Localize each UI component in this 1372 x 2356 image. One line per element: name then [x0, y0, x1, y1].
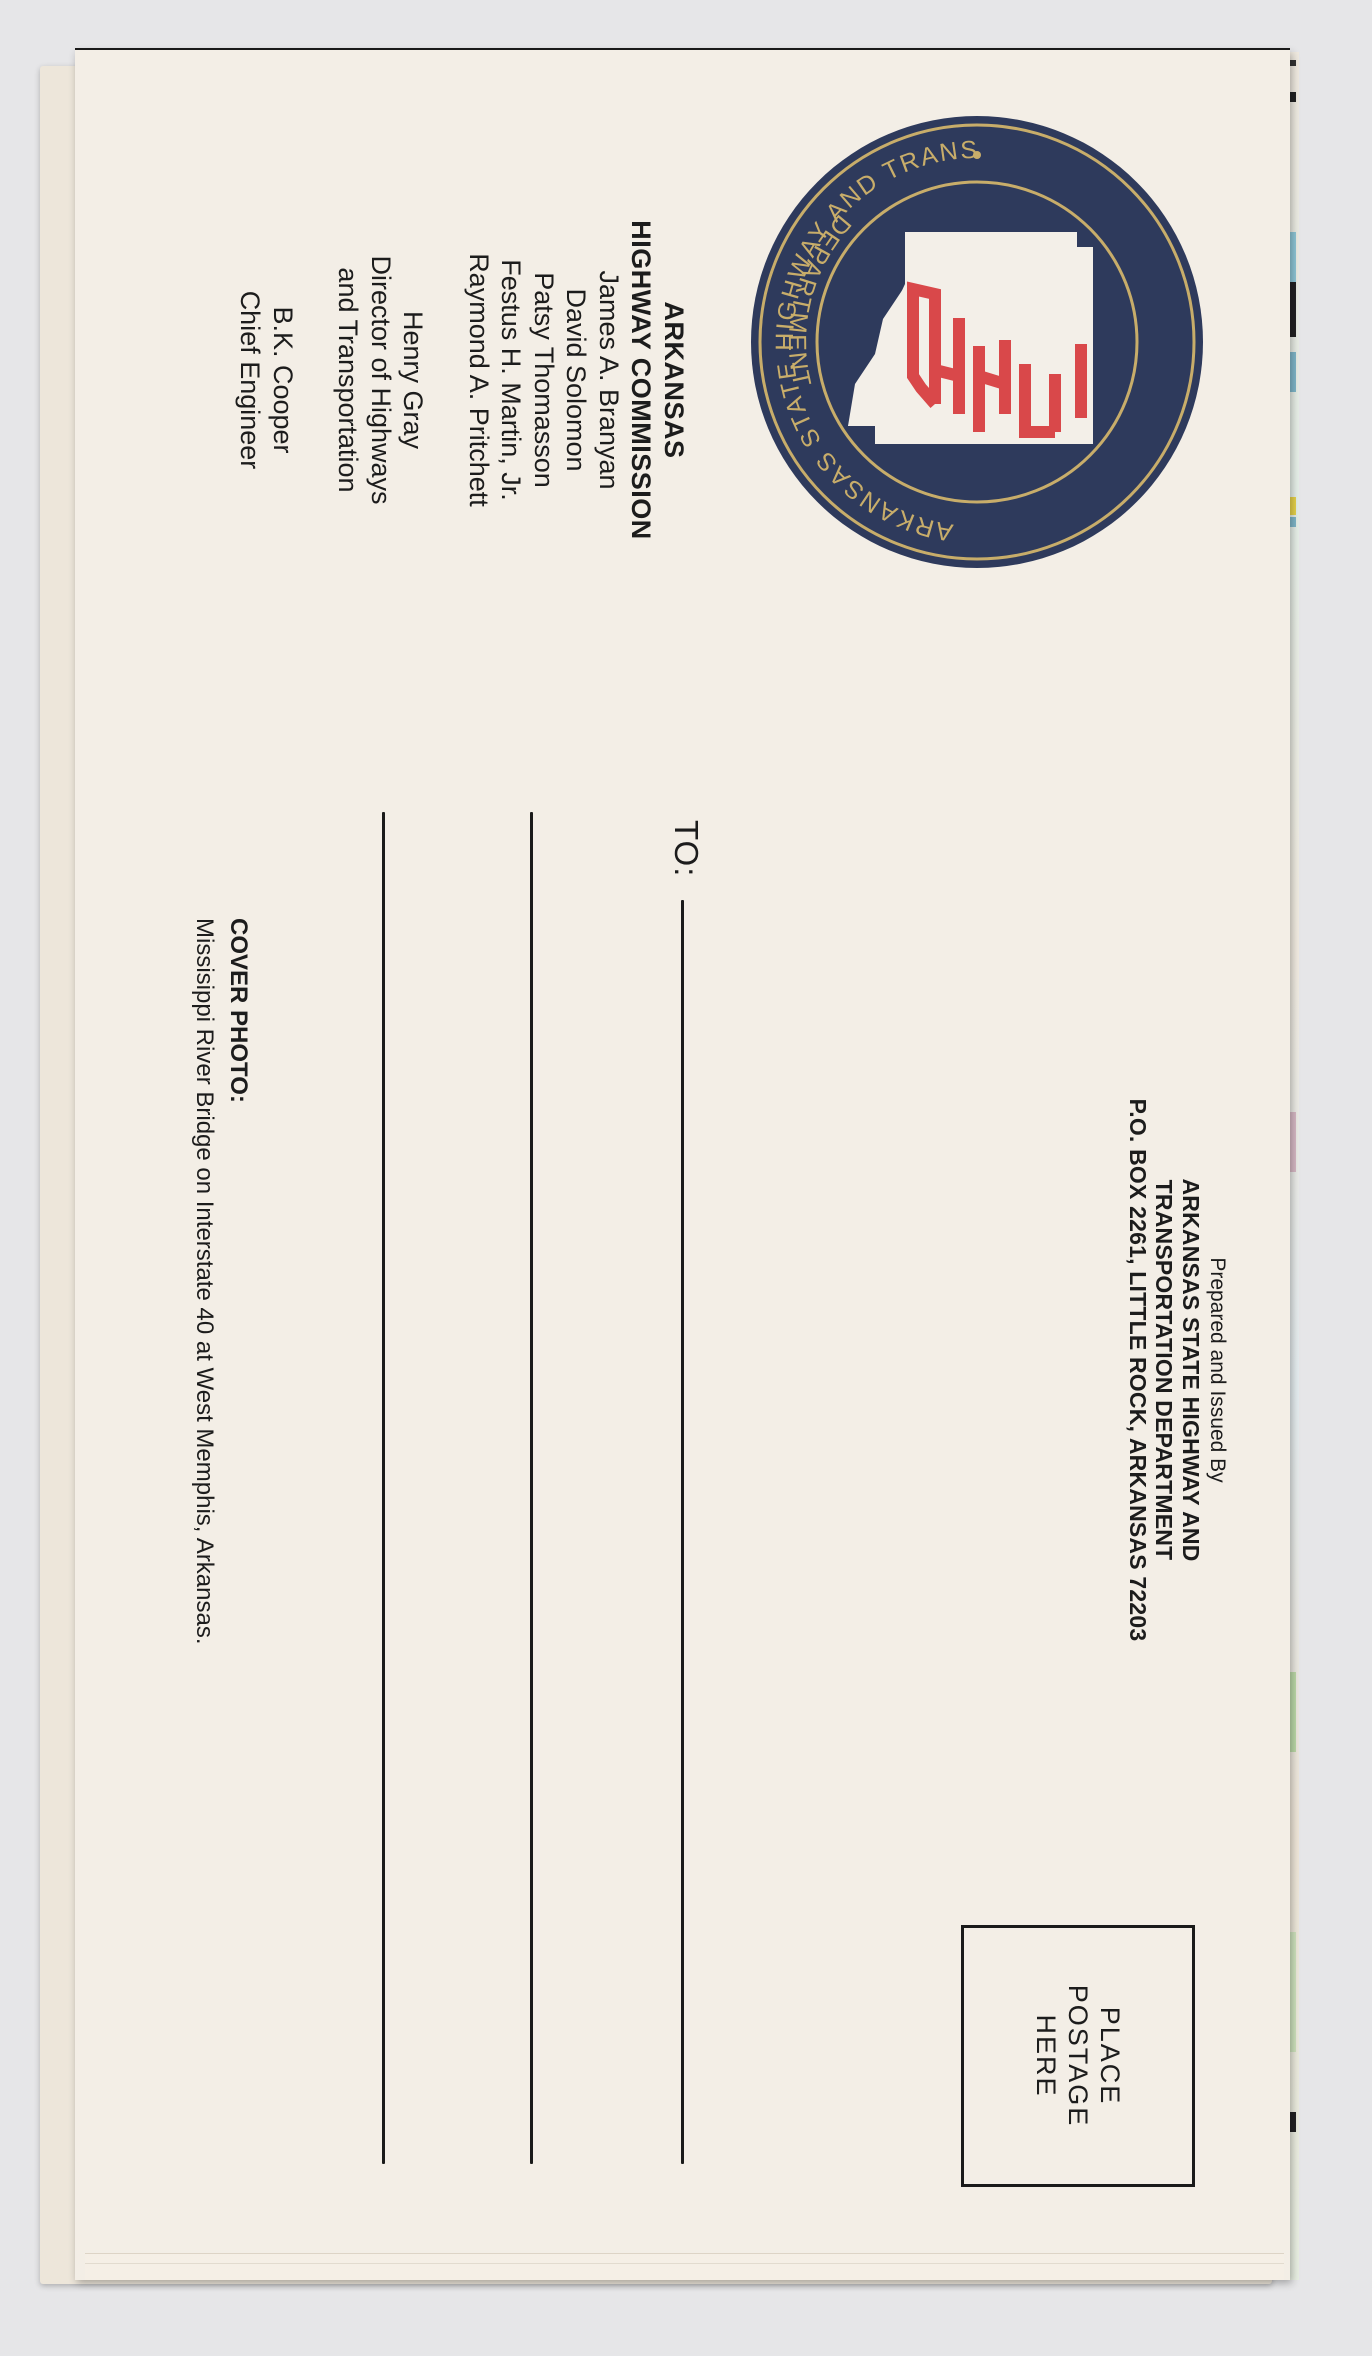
postage-text: PLACE — [1094, 2007, 1126, 2106]
issuer-name: TRANSPORTATION DEPARTMENT — [1151, 1080, 1178, 1660]
cover-photo-caption: Missisippi River Bridge on Interstate 40… — [187, 918, 221, 2018]
postage-box: PLACE POSTAGE HERE — [961, 1925, 1195, 2187]
to-label: TO: — [667, 820, 705, 877]
commission-heading: HIGHWAY COMMISSION — [625, 180, 658, 580]
page-fold-edge — [85, 2253, 1284, 2280]
address-line-2[interactable] — [530, 812, 533, 2164]
engineer-title: Chief Engineer — [234, 180, 267, 580]
issuer-intro: Prepared and Issued By — [1204, 1080, 1230, 1660]
cover-photo-block: COVER PHOTO: Missisippi River Bridge on … — [187, 918, 255, 2018]
commission-block: ARKANSAS HIGHWAY COMMISSION James A. Bra… — [234, 180, 690, 580]
engineer-name: B.K. Cooper — [267, 180, 300, 580]
ahtd-seal-icon: ARKANSAS STATE HIGHWAY AND TRANSPORTATIO… — [749, 114, 1205, 570]
commission-heading: ARKANSAS — [658, 180, 691, 580]
commission-member: Patsy Thomasson — [528, 180, 561, 580]
issuer-address: P.O. BOX 2261, LITTLE ROCK, ARKANSAS 722… — [1125, 1080, 1152, 1660]
commission-member: James A. Branyan — [593, 180, 626, 580]
mailer-page: ARKANSAS STATE HIGHWAY AND TRANSPORTATIO… — [75, 50, 1290, 2280]
director-title: and Transportation — [332, 180, 365, 580]
cover-photo-heading: COVER PHOTO: — [221, 918, 255, 2018]
director-name: Henry Gray — [397, 180, 430, 580]
rotated-content: ARKANSAS STATE HIGHWAY AND TRANSPORTATIO… — [75, 50, 1290, 2280]
issuer-block: Prepared and Issued By ARKANSAS STATE HI… — [1125, 1080, 1231, 1660]
commission-member: Raymond A. Pritchett — [463, 180, 496, 580]
issuer-name: ARKANSAS STATE HIGHWAY AND — [1178, 1080, 1205, 1660]
commission-member: David Solomon — [560, 180, 593, 580]
director-title: Director of Highways — [365, 180, 398, 580]
postage-text: HERE — [1030, 2014, 1062, 2097]
postage-text: POSTAGE — [1062, 1985, 1094, 2128]
commission-member: Festus H. Martin, Jr. — [495, 180, 528, 580]
address-line-3[interactable] — [382, 812, 385, 2164]
address-line-1[interactable] — [681, 900, 684, 2164]
